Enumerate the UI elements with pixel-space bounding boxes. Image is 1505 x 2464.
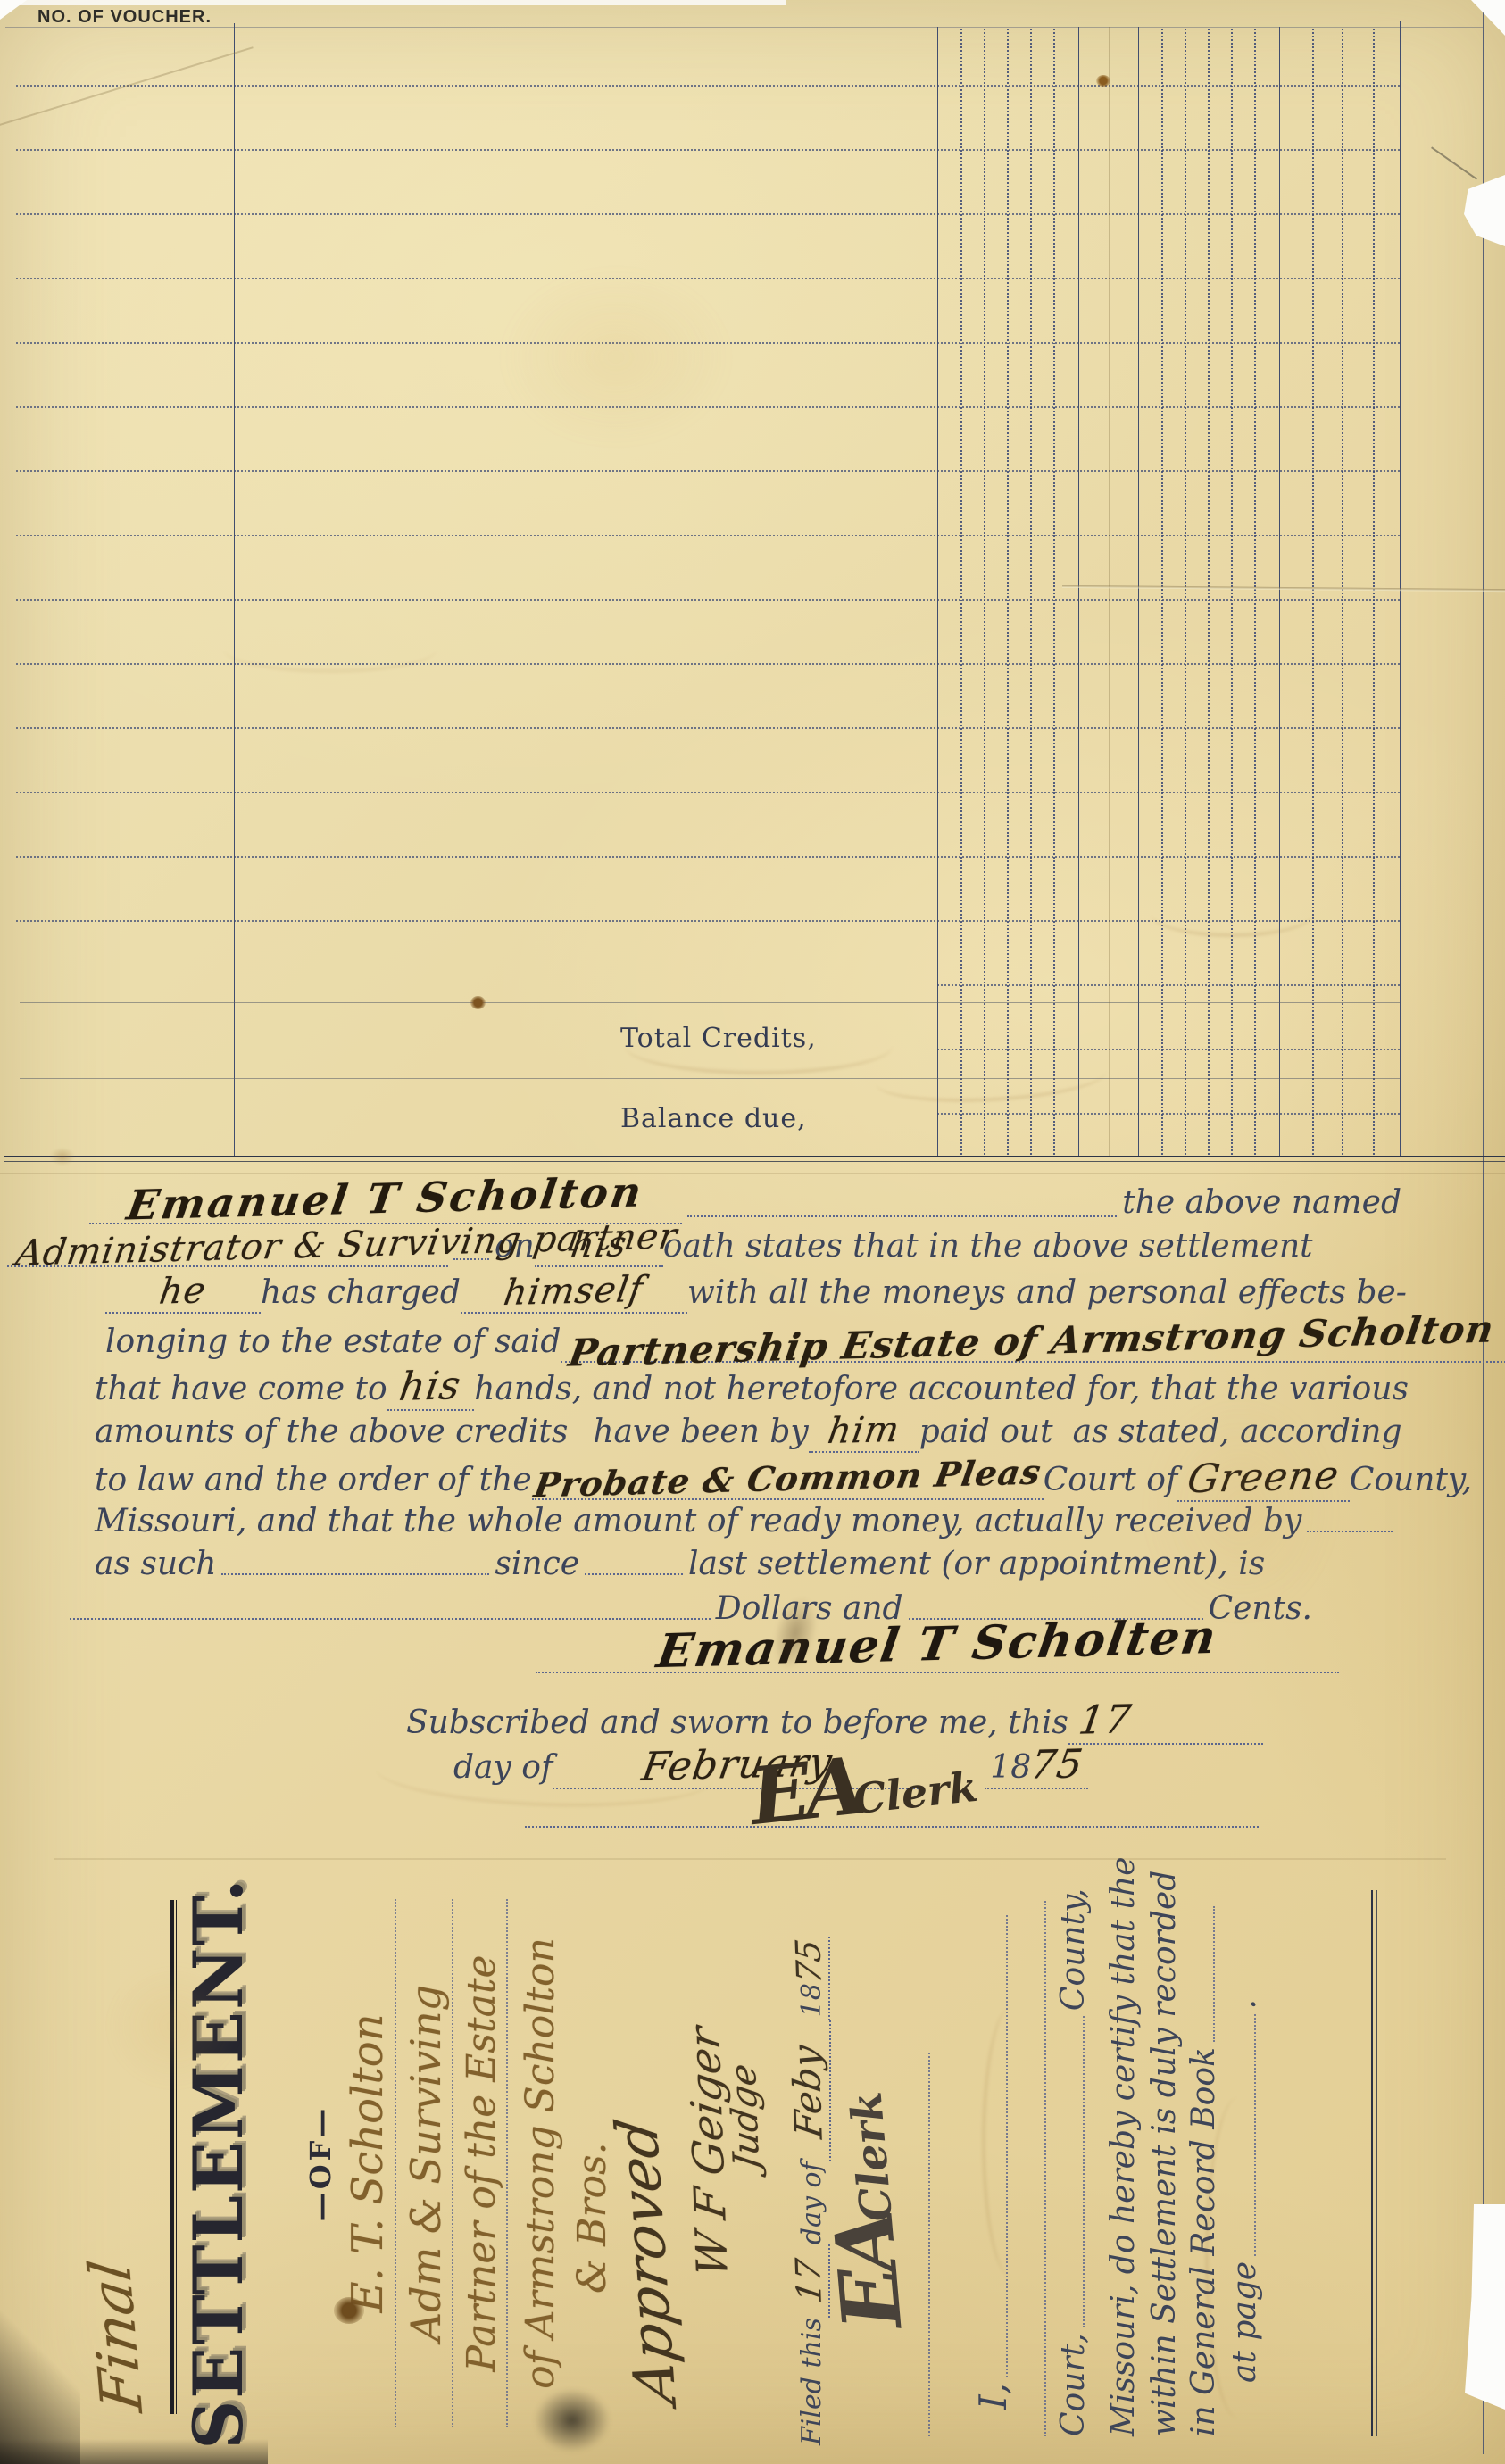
corner-shadow <box>0 2285 80 2464</box>
party-name-line: of Armstrong Scholton <box>518 1899 565 2427</box>
row-line <box>16 792 1400 793</box>
judge-title-handwriting: Judge <box>723 2062 768 2172</box>
row-line <box>16 470 1400 472</box>
dotted-blank <box>221 1572 489 1575</box>
printed-text: since <box>495 1546 579 1582</box>
party-name-handwriting: E. T. Scholton <box>343 2013 393 2312</box>
ink-bleedthrough <box>874 1047 1108 1108</box>
fold-crease <box>1062 585 1505 592</box>
stain <box>1143 1392 1339 1624</box>
certificate-text: within Settlement is duly recorded <box>1146 1871 1183 2436</box>
clerk-initials-handwriting: EA <box>817 2212 921 2333</box>
table-top-rule <box>5 27 1483 28</box>
row-line <box>16 278 1400 279</box>
printed-text: I, <box>971 2383 1015 2410</box>
of-label: —OF— <box>303 1863 337 2463</box>
printed-text: have been by <box>593 1414 808 1450</box>
torn-edge <box>1460 2204 1505 2410</box>
year-handwriting: 75 <box>1027 1741 1086 1788</box>
party-name-handwriting: Adm & Surviving <box>402 1985 450 2342</box>
ink-bleedthrough <box>1205 2097 1271 2418</box>
printed-text: the above named <box>1122 1184 1401 1221</box>
table-bottom-rule <box>4 1156 1505 1157</box>
row-line <box>16 663 1400 665</box>
printed-text: paid out <box>919 1414 1053 1450</box>
total-rule <box>20 1002 1400 1003</box>
row-line <box>16 85 1400 87</box>
dotted-blank <box>1211 1906 1215 2042</box>
affidavit-line-4: longing to the estate of said Partnershi… <box>105 1317 1444 1363</box>
back-panel-rotated-content: Final SETTLEMENT. —OF— E. T. Scholton Ad… <box>79 1863 1391 2463</box>
party-name-line: & Bros. <box>570 1765 617 2427</box>
printed-text: amounts of the above credits <box>95 1414 568 1450</box>
printed-text: oath states that in the above settlement <box>663 1228 1313 1265</box>
printed-text: that have come to <box>95 1371 387 1407</box>
dark-smudge <box>534 2388 611 2452</box>
stain <box>107 1963 241 2088</box>
stain <box>50 1148 75 1166</box>
clerk-word-handwriting: Clerk <box>851 1763 979 1823</box>
printed-text: has charged <box>261 1274 461 1311</box>
dotted-blank <box>585 1572 683 1575</box>
printed-text: County, <box>1350 1462 1472 1498</box>
his-handwriting: his <box>568 1224 629 1266</box>
party-name-handwriting: of Armstrong Scholton <box>518 1937 563 2389</box>
affidavit-line-2: Administrator & Surviving partner on his… <box>7 1224 1428 1267</box>
himself-handwriting: himself <box>502 1269 647 1314</box>
fold-crease <box>54 1858 1446 1860</box>
corner-shadow <box>0 2439 268 2464</box>
row-line <box>16 599 1400 601</box>
row-line <box>937 1113 1400 1115</box>
ink-stain <box>470 996 486 1009</box>
printed-text: to law and the order of the <box>95 1462 532 1498</box>
filed-clerk-signature: EA Clerk <box>806 2089 921 2333</box>
table-bottom-rule <box>4 1161 1505 1162</box>
emanuel-scholten-signature: Emanuel T Scholten <box>653 1610 1221 1679</box>
ink-bleedthrough <box>1152 892 1312 937</box>
voucher-column-line <box>234 23 235 1157</box>
clerk-word-handwriting: Clerk <box>841 2090 902 2224</box>
page-edge-line <box>1483 0 1484 2454</box>
party-name-handwriting: Partner of the Estate <box>459 1954 504 2371</box>
ink-bleedthrough <box>625 1017 893 1074</box>
printed-text: longing to the estate of said <box>105 1323 561 1360</box>
filed-signature-rule <box>928 2053 930 2436</box>
row-line <box>16 727 1400 729</box>
money-column-line <box>937 27 938 1157</box>
voucher-column-header: NO. OF VOUCHER. <box>37 7 212 28</box>
total-rule <box>20 1078 1400 1079</box>
certificate-text: Missouri, do hereby certify that the <box>1105 1856 1142 2436</box>
row-line <box>16 213 1400 215</box>
balance-due-label: Balance due, <box>620 1103 807 1134</box>
ink-stain <box>334 2297 364 2324</box>
torn-edge <box>1464 175 1505 246</box>
ink-bleedthrough <box>982 2008 1039 2276</box>
day-number-handwriting: 17 <box>1076 1697 1135 1744</box>
filed-year-handwriting: 75 <box>788 1937 829 1987</box>
row-line <box>16 149 1400 151</box>
him-handwriting: him <box>825 1409 902 1452</box>
ink-bleedthrough <box>223 625 437 673</box>
row-line <box>16 856 1400 858</box>
printed-text: as such <box>95 1546 216 1582</box>
printed-text: . <box>1226 1999 1263 2009</box>
paper-edge <box>0 0 786 5</box>
settlement-document: NO. OF VOUCHER. Total Credits, Balance d… <box>0 0 1505 2464</box>
printed-year-prefix: 18 <box>796 1983 827 2017</box>
affidavit-signature-line: Emanuel T Scholten <box>536 1617 1339 1673</box>
back-panel: Final SETTLEMENT. —OF— E. T. Scholton Ad… <box>79 1863 1391 2463</box>
affidavit-line-1: Emanuel T Scholton the above named <box>89 1174 1401 1224</box>
he-handwriting: he <box>157 1270 210 1312</box>
printed-text: Filed this <box>796 2318 827 2445</box>
party-name-line: E. T. Scholton <box>343 1899 396 2427</box>
fold-crease <box>0 1173 1505 1174</box>
page-edge-line <box>1476 0 1476 2454</box>
fold-crease <box>0 46 254 127</box>
money-column-line <box>1279 27 1280 1157</box>
clerk-signature-rule <box>525 1826 1259 1828</box>
money-column-line <box>1078 27 1079 1157</box>
panel-bottom-rule <box>1371 1890 1373 2436</box>
printed-text: with all the moneys and personal effects… <box>687 1274 1407 1311</box>
torn-corner <box>0 0 27 20</box>
tear-crack <box>1431 146 1477 179</box>
approved-handwriting: Approved <box>604 2116 690 2408</box>
printed-text: County, <box>1055 1888 1092 2011</box>
affidavit-line-3: he has charged himself with all the mone… <box>105 1271 1409 1314</box>
ink-stain <box>1096 75 1110 87</box>
stain <box>500 268 732 446</box>
his-handwriting: his <box>396 1363 464 1410</box>
final-label-handwriting: Final <box>78 2257 156 2414</box>
settlement-title: SETTLEMENT. <box>179 1863 258 2463</box>
dotted-blank <box>1081 2016 1085 2327</box>
row-line <box>937 984 1400 986</box>
affidavit-line-7: to law and the order of the Probate & Co… <box>95 1455 1326 1502</box>
row-line <box>937 1049 1400 1050</box>
fold-crease <box>1109 27 1110 1156</box>
printed-text: Missouri, and that the whole amount of r… <box>95 1503 1301 1539</box>
money-column-line <box>1138 27 1139 1157</box>
row-line <box>16 535 1400 536</box>
certificate-blank-line <box>1044 1901 1046 2436</box>
certificate-court-line: Court, County, <box>1055 1888 1092 2436</box>
party-name-line: Partner of the Estate <box>459 1899 508 2427</box>
sworn-line-1: Subscribed and sworn to before me, this … <box>406 1697 1263 1745</box>
party-name-line: Adm & Surviving <box>402 1899 453 2427</box>
printed-text: Court, <box>1055 2333 1092 2436</box>
dotted-blank <box>687 1214 1117 1217</box>
printed-year-prefix: 18 <box>990 1749 1031 1786</box>
court-name-handwriting: Probate & Common Pleas <box>531 1452 1044 1506</box>
